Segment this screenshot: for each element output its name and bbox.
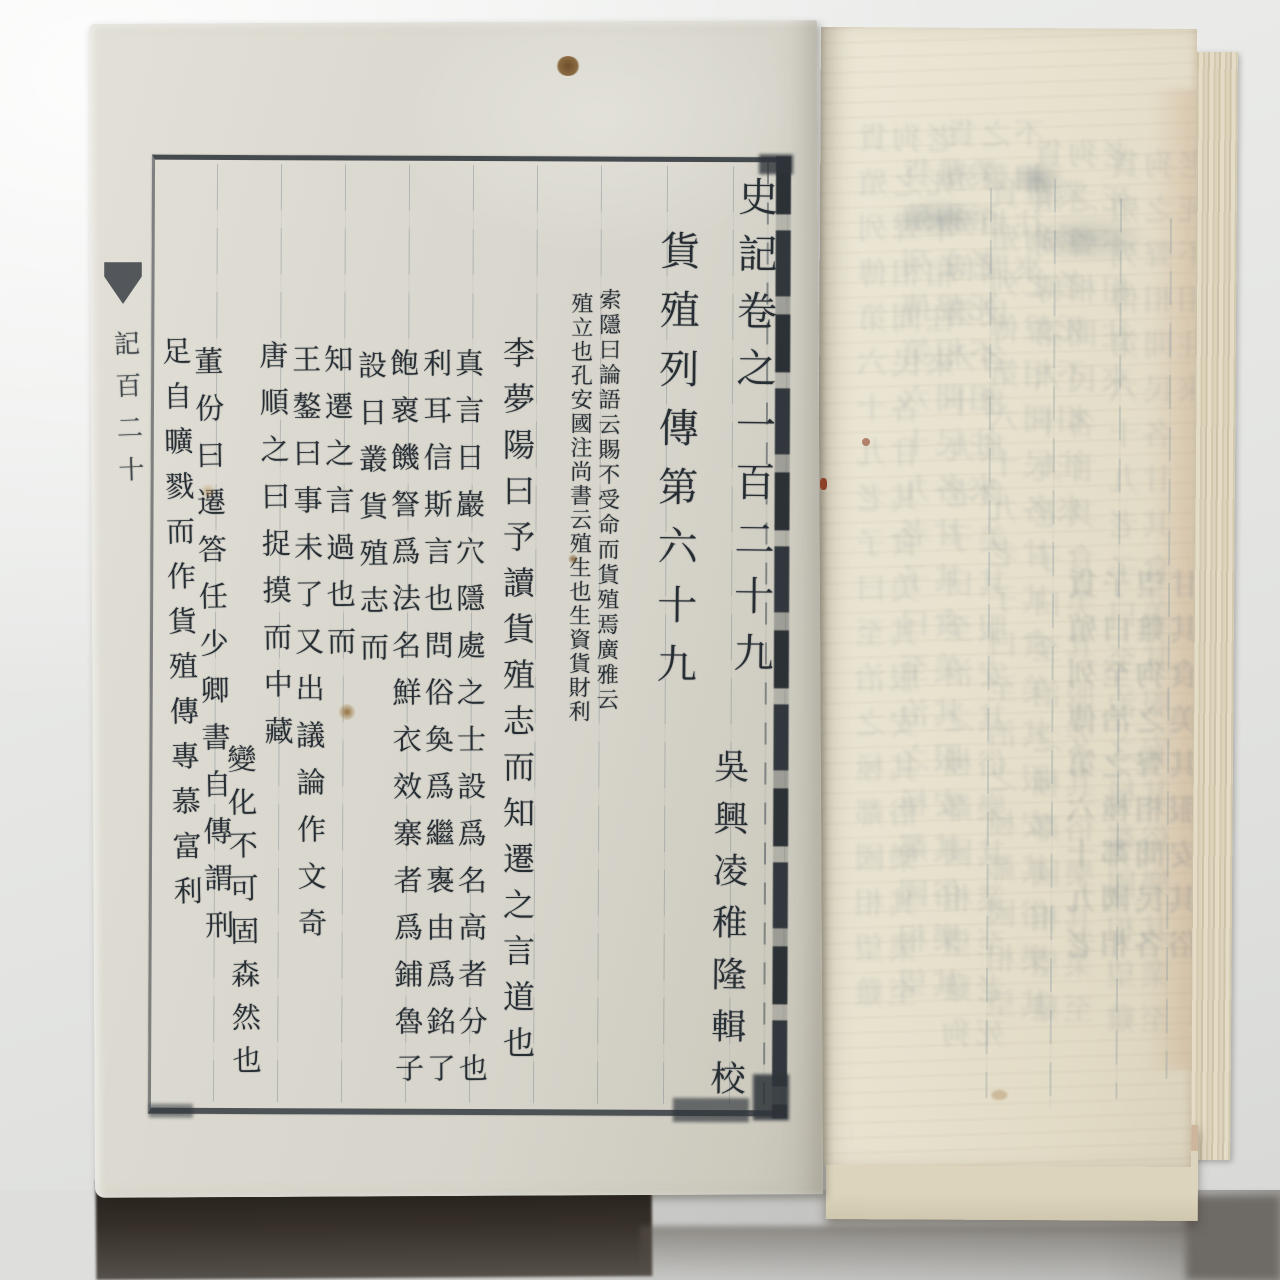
foxing-stain	[338, 704, 356, 720]
spine-title-text: 記百二十	[106, 329, 149, 498]
book-photo: 貨殖列傳第六十九老子曰至治之極鄰國相望雞狗之聲相聞民各甘其食美其服安其俗樂其業至…	[0, 0, 1280, 1280]
ink-smudge	[759, 154, 793, 174]
comment-column-li-mengyang: 李夢陽曰予讀貨殖志而知遷之言道也	[494, 336, 540, 1072]
comment-column-tang-shunzhi: 唐順之曰捉摸而中藏	[252, 340, 299, 764]
red-fleck	[820, 478, 827, 490]
foxing-stain	[556, 56, 580, 76]
ink-smudge	[149, 1104, 193, 1118]
foxing-stain	[200, 484, 216, 498]
ink-smudge	[753, 1074, 789, 1120]
volume-title-column: 史記卷之一百二十九	[722, 176, 784, 690]
chapter-title-column: 貨殖列傳第六十九	[645, 230, 706, 702]
foxing-stain	[991, 1090, 1007, 1100]
editor-column: 吳興凌稚隆輯校	[700, 748, 754, 1113]
right-page: 貨殖列傳第六十九老子曰至治之極鄰國相望雞狗之聲相聞民各甘其食美其服安其俗樂其業至…	[815, 27, 1197, 1167]
foxing-stain	[568, 554, 578, 564]
book-shadow	[640, 1226, 1240, 1280]
suoyin-annotation-left: 殖立也孔安國注尚書云殖生也生資貨財利	[562, 292, 596, 724]
corner-shadow	[1186, 1196, 1280, 1280]
red-fleck	[862, 438, 870, 446]
